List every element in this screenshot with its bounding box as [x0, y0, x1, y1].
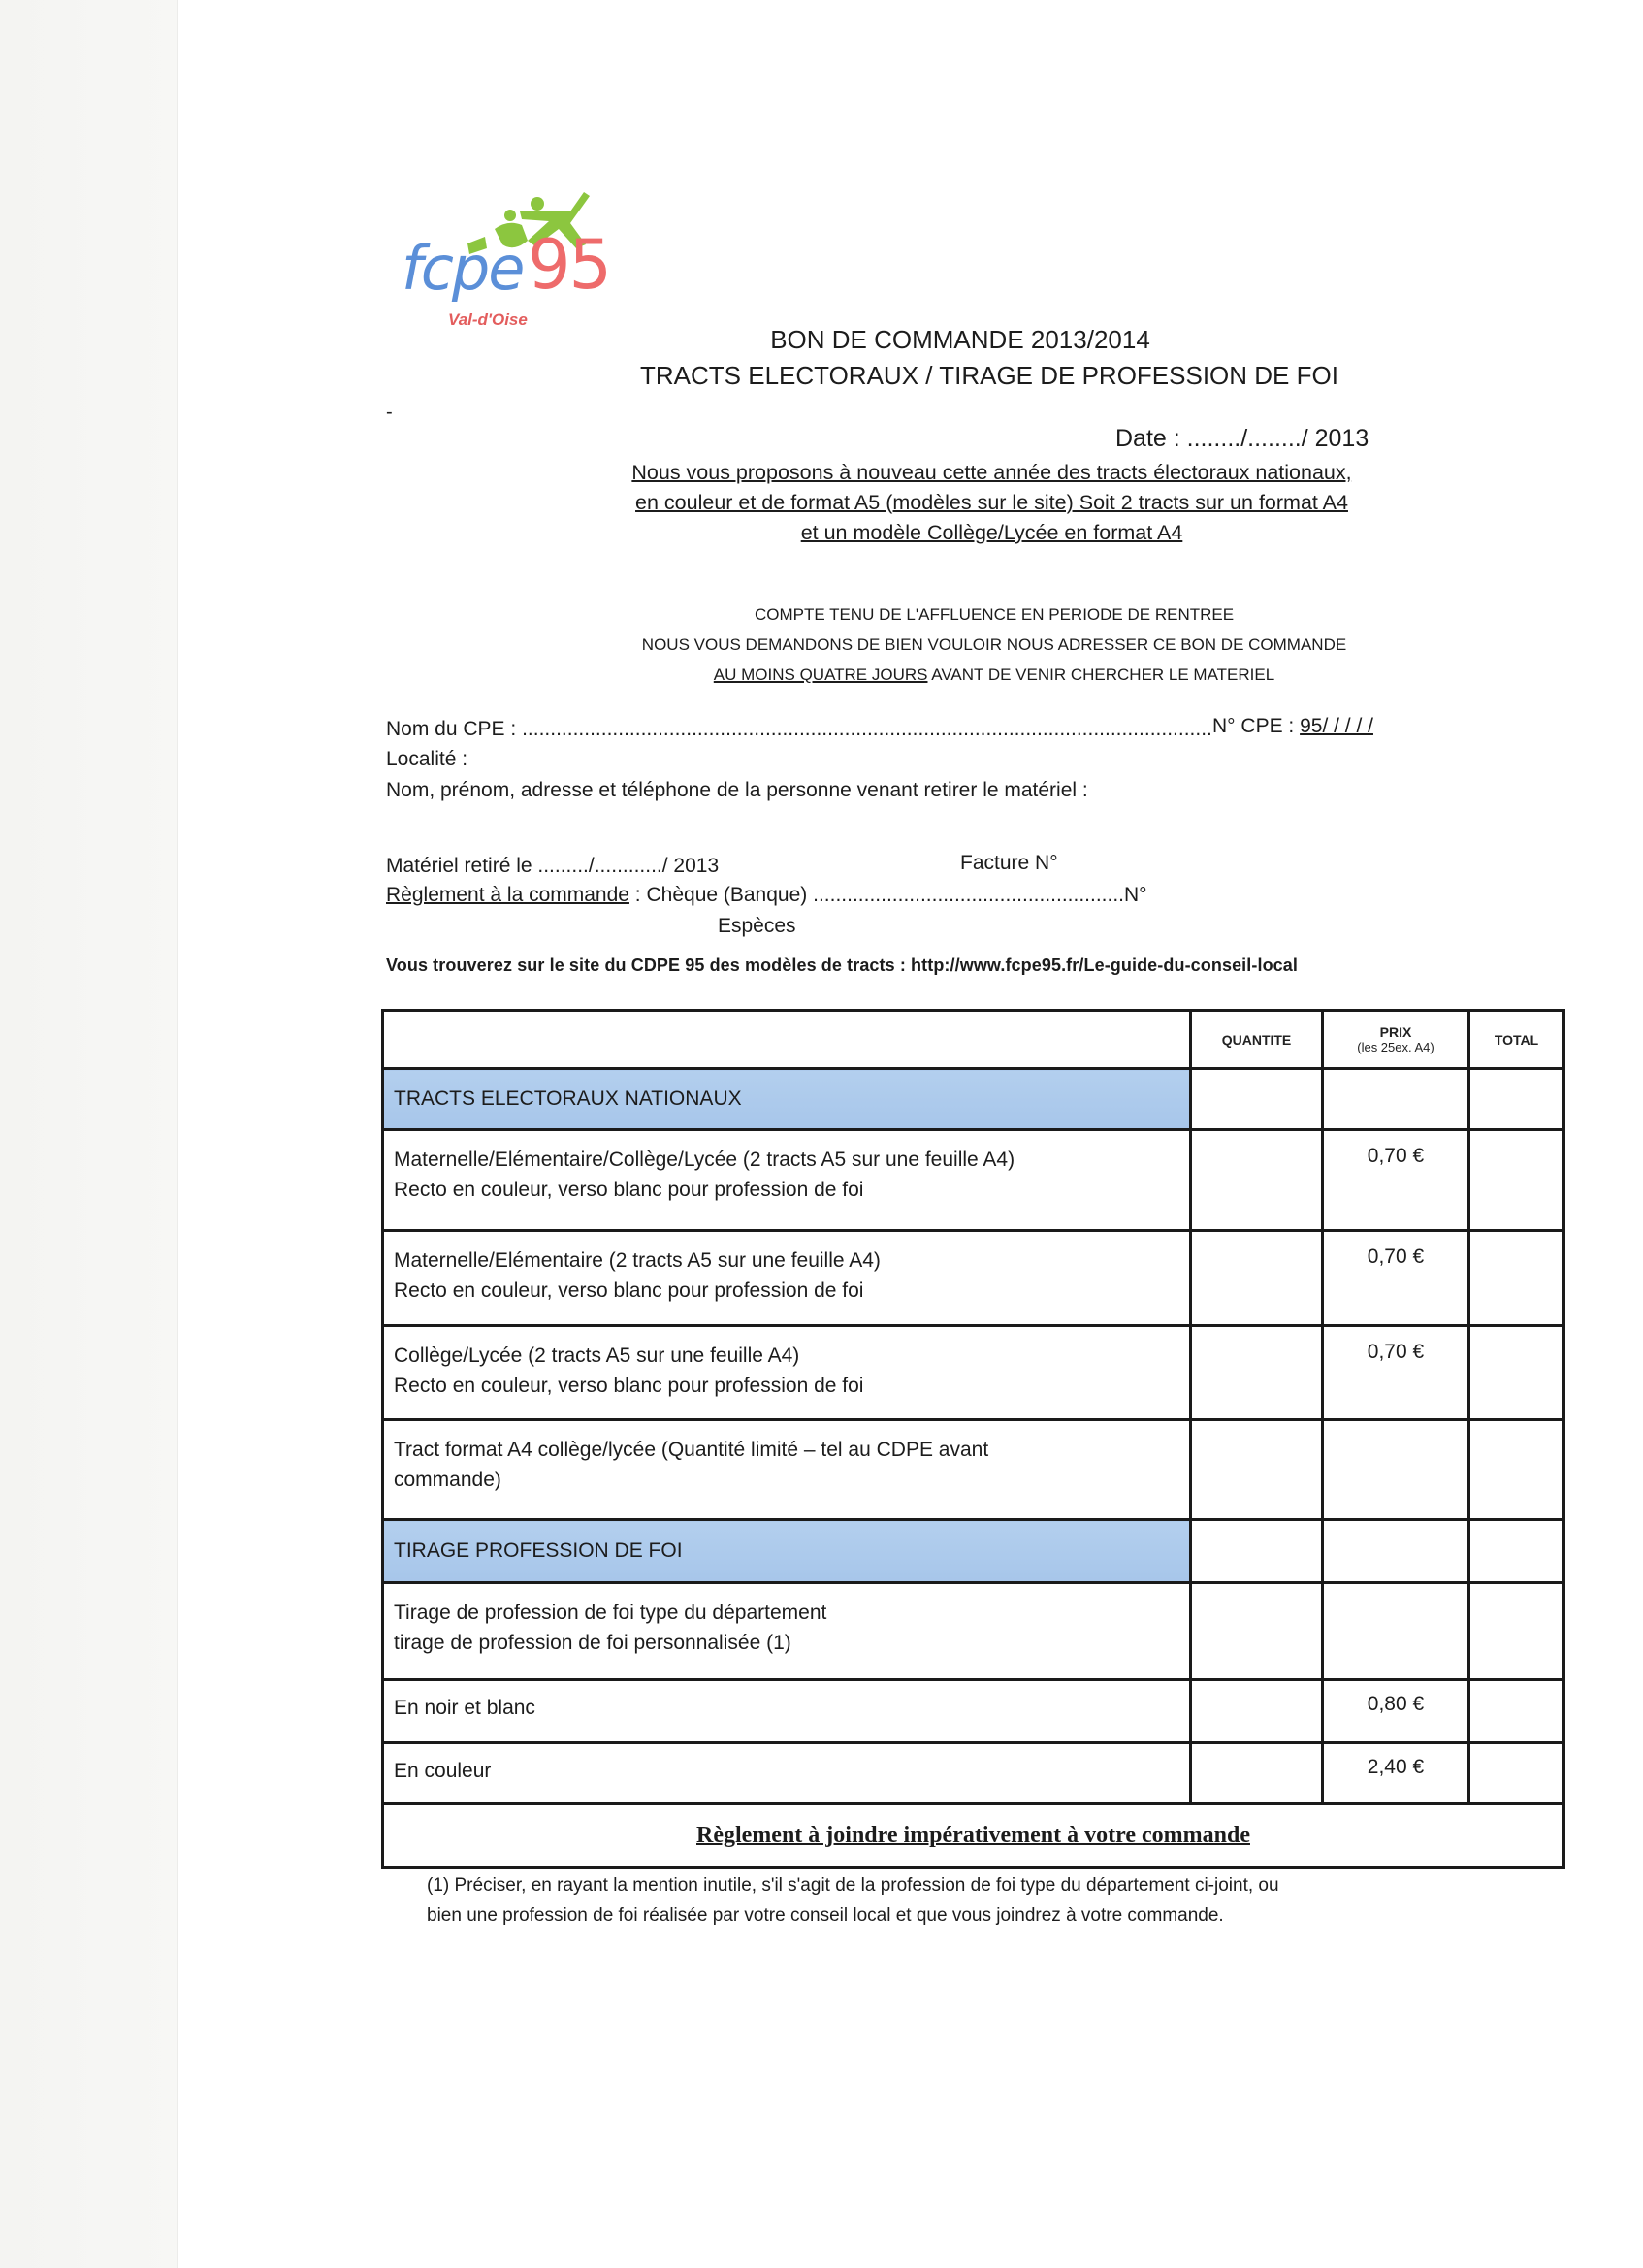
footnote-line-1: (1) Préciser, en rayant la mention inuti…: [427, 1870, 1552, 1900]
notice-paragraph: COMPTE TENU DE L'AFFLUENCE EN PERIODE DE…: [504, 599, 1484, 690]
fcpe95-logo: fcpe 95 Val-d'Oise: [398, 184, 630, 349]
item-line-1: Tract format A4 collège/lycée (Quantité …: [394, 1435, 1179, 1465]
table-section-row: TRACTS ELECTORAUX NATIONAUX: [383, 1069, 1564, 1130]
price-cell: [1323, 1420, 1469, 1520]
item-line-2: Recto en couleur, verso blanc pour profe…: [394, 1175, 1179, 1205]
table-header-row: QUANTITE PRIX (les 25ex. A4) TOTAL: [383, 1011, 1564, 1069]
item-line-1: Tirage de profession de foi type du dépa…: [394, 1598, 1179, 1628]
table-section-row: TIRAGE PROFESSION DE FOI: [383, 1520, 1564, 1583]
item-description: Tirage de profession de foi type du dépa…: [383, 1583, 1191, 1680]
notice-line-3: AU MOINS QUATRE JOURS AVANT DE VENIR CHE…: [504, 660, 1484, 690]
header-prix: PRIX (les 25ex. A4): [1323, 1011, 1469, 1069]
facture-field[interactable]: Facture N°: [960, 852, 1058, 875]
nom-cpe-dots[interactable]: ........................................…: [522, 718, 1212, 740]
item-line-1: En noir et blanc: [394, 1693, 1179, 1723]
logo-brand-text: fcpe: [402, 233, 523, 304]
item-description: En noir et blanc: [383, 1680, 1191, 1743]
item-line-2: Recto en couleur, verso blanc pour profe…: [394, 1371, 1179, 1401]
total-cell[interactable]: [1469, 1420, 1564, 1520]
item-line-1: En couleur: [394, 1756, 1179, 1786]
total-cell[interactable]: [1469, 1583, 1564, 1680]
table-row: Collège/Lycée (2 tracts A5 sur une feuil…: [383, 1326, 1564, 1420]
total-cell[interactable]: [1469, 1231, 1564, 1326]
quantity-cell[interactable]: [1191, 1420, 1323, 1520]
document-subtitle: TRACTS ELECTORAUX / TIRAGE DE PROFESSION…: [611, 361, 1368, 391]
item-description: En couleur: [383, 1743, 1191, 1804]
date-field[interactable]: Date : ......../......../ 2013: [1115, 425, 1369, 453]
logo-number-text: 95: [528, 225, 610, 305]
total-cell[interactable]: [1469, 1520, 1564, 1583]
total-cell[interactable]: [1469, 1326, 1564, 1420]
order-table: QUANTITE PRIX (les 25ex. A4) TOTAL TRACT…: [381, 1009, 1565, 1869]
price-cell: 0,70 €: [1323, 1326, 1469, 1420]
numero-cpe-value[interactable]: 95/ / / / /: [1300, 715, 1373, 737]
table-row: Tract format A4 collège/lycée (Quantité …: [383, 1420, 1564, 1520]
footer-text: Règlement à joindre impérativement à vot…: [696, 1823, 1250, 1848]
price-cell: 0,80 €: [1323, 1680, 1469, 1743]
nom-cpe-label: Nom du CPE :: [386, 718, 522, 740]
intro-paragraph: Nous vous proposons à nouveau cette anné…: [529, 458, 1455, 548]
item-description: Tract format A4 collège/lycée (Quantité …: [383, 1420, 1191, 1520]
item-line-1: Collège/Lycée (2 tracts A5 sur une feuil…: [394, 1341, 1179, 1371]
section-label: TIRAGE PROFESSION DE FOI: [383, 1520, 1191, 1583]
numero-cpe-field[interactable]: N° CPE : 95/ / / / /: [1212, 715, 1373, 738]
site-info: Vous trouverez sur le site du CDPE 95 de…: [386, 951, 1298, 980]
document-title: BON DE COMMANDE 2013/2014: [679, 325, 1241, 355]
price-cell: [1323, 1069, 1469, 1130]
quantity-cell[interactable]: [1191, 1069, 1323, 1130]
total-cell[interactable]: [1469, 1680, 1564, 1743]
cheque-option[interactable]: Chèque (Banque) ........................…: [646, 884, 1146, 906]
footnote: (1) Préciser, en rayant la mention inuti…: [427, 1870, 1552, 1930]
logo-subtitle: Val-d'Oise: [448, 310, 528, 330]
header-prix-label: PRIX: [1324, 1024, 1467, 1040]
intro-line-2: en couleur et de format A5 (modèles sur …: [635, 491, 1348, 514]
price-cell: 0,70 €: [1323, 1231, 1469, 1326]
item-description: Collège/Lycée (2 tracts A5 sur une feuil…: [383, 1326, 1191, 1420]
especes-option[interactable]: Espèces: [718, 912, 796, 941]
item-description: Maternelle/Elémentaire/Collège/Lycée (2 …: [383, 1130, 1191, 1231]
reglement-label: Règlement à la commande: [386, 884, 629, 906]
quantity-cell[interactable]: [1191, 1231, 1323, 1326]
item-line-2: tirage de profession de foi personnalisé…: [394, 1628, 1179, 1658]
header-quantite: QUANTITE: [1191, 1011, 1323, 1069]
total-cell[interactable]: [1469, 1130, 1564, 1231]
nom-cpe-field[interactable]: Nom du CPE : ...........................…: [386, 715, 1212, 744]
reglement-field: Règlement à la commande : Chèque (Banque…: [386, 881, 1147, 910]
reglement-sep: :: [629, 884, 647, 906]
table-row: En couleur2,40 €: [383, 1743, 1564, 1804]
scan-paper-edge: [0, 0, 178, 2268]
section-label: TRACTS ELECTORAUX NATIONAUX: [383, 1069, 1191, 1130]
item-line-1: Maternelle/Elémentaire (2 tracts A5 sur …: [394, 1246, 1179, 1276]
stray-dash: -: [386, 402, 393, 424]
footnote-line-2: bien une profession de foi réalisée par …: [427, 1900, 1552, 1930]
personne-field[interactable]: Nom, prénom, adresse et téléphone de la …: [386, 776, 1088, 805]
price-cell: [1323, 1583, 1469, 1680]
quantity-cell[interactable]: [1191, 1743, 1323, 1804]
table-row: Tirage de profession de foi type du dépa…: [383, 1583, 1564, 1680]
table-row: En noir et blanc0,80 €: [383, 1680, 1564, 1743]
header-prix-sub: (les 25ex. A4): [1324, 1040, 1467, 1054]
price-cell: 0,70 €: [1323, 1130, 1469, 1231]
intro-line-1: Nous vous proposons à nouveau cette anné…: [631, 461, 1351, 484]
quantity-cell[interactable]: [1191, 1326, 1323, 1420]
table-row: Maternelle/Elémentaire/Collège/Lycée (2 …: [383, 1130, 1564, 1231]
table-footer-row: Règlement à joindre impérativement à vot…: [383, 1804, 1564, 1868]
price-cell: [1323, 1520, 1469, 1583]
quantity-cell[interactable]: [1191, 1583, 1323, 1680]
item-line-2: Recto en couleur, verso blanc pour profe…: [394, 1276, 1179, 1306]
total-cell[interactable]: [1469, 1743, 1564, 1804]
notice-line-3-rest: AVANT DE VENIR CHERCHER LE MATERIEL: [927, 665, 1274, 684]
notice-emphasis: AU MOINS QUATRE JOURS: [714, 665, 928, 684]
quantity-cell[interactable]: [1191, 1130, 1323, 1231]
table-row: Maternelle/Elémentaire (2 tracts A5 sur …: [383, 1231, 1564, 1326]
table-footer: Règlement à joindre impérativement à vot…: [383, 1804, 1564, 1868]
header-total: TOTAL: [1469, 1011, 1564, 1069]
materiel-retire-field[interactable]: Matériel retiré le ........./...........…: [386, 852, 719, 881]
item-line-2: commande): [394, 1465, 1179, 1495]
quantity-cell[interactable]: [1191, 1520, 1323, 1583]
notice-line-2: NOUS VOUS DEMANDONS DE BIEN VOULOIR NOUS…: [504, 630, 1484, 660]
item-line-1: Maternelle/Elémentaire/Collège/Lycée (2 …: [394, 1145, 1179, 1175]
item-description: Maternelle/Elémentaire (2 tracts A5 sur …: [383, 1231, 1191, 1326]
header-description: [383, 1011, 1191, 1069]
numero-cpe-label: N° CPE :: [1212, 715, 1300, 737]
localite-field[interactable]: Localité :: [386, 745, 467, 774]
intro-line-3: et un modèle Collège/Lycée en format A4: [801, 521, 1183, 544]
price-cell: 2,40 €: [1323, 1743, 1469, 1804]
notice-line-1: COMPTE TENU DE L'AFFLUENCE EN PERIODE DE…: [504, 599, 1484, 630]
quantity-cell[interactable]: [1191, 1680, 1323, 1743]
total-cell[interactable]: [1469, 1069, 1564, 1130]
